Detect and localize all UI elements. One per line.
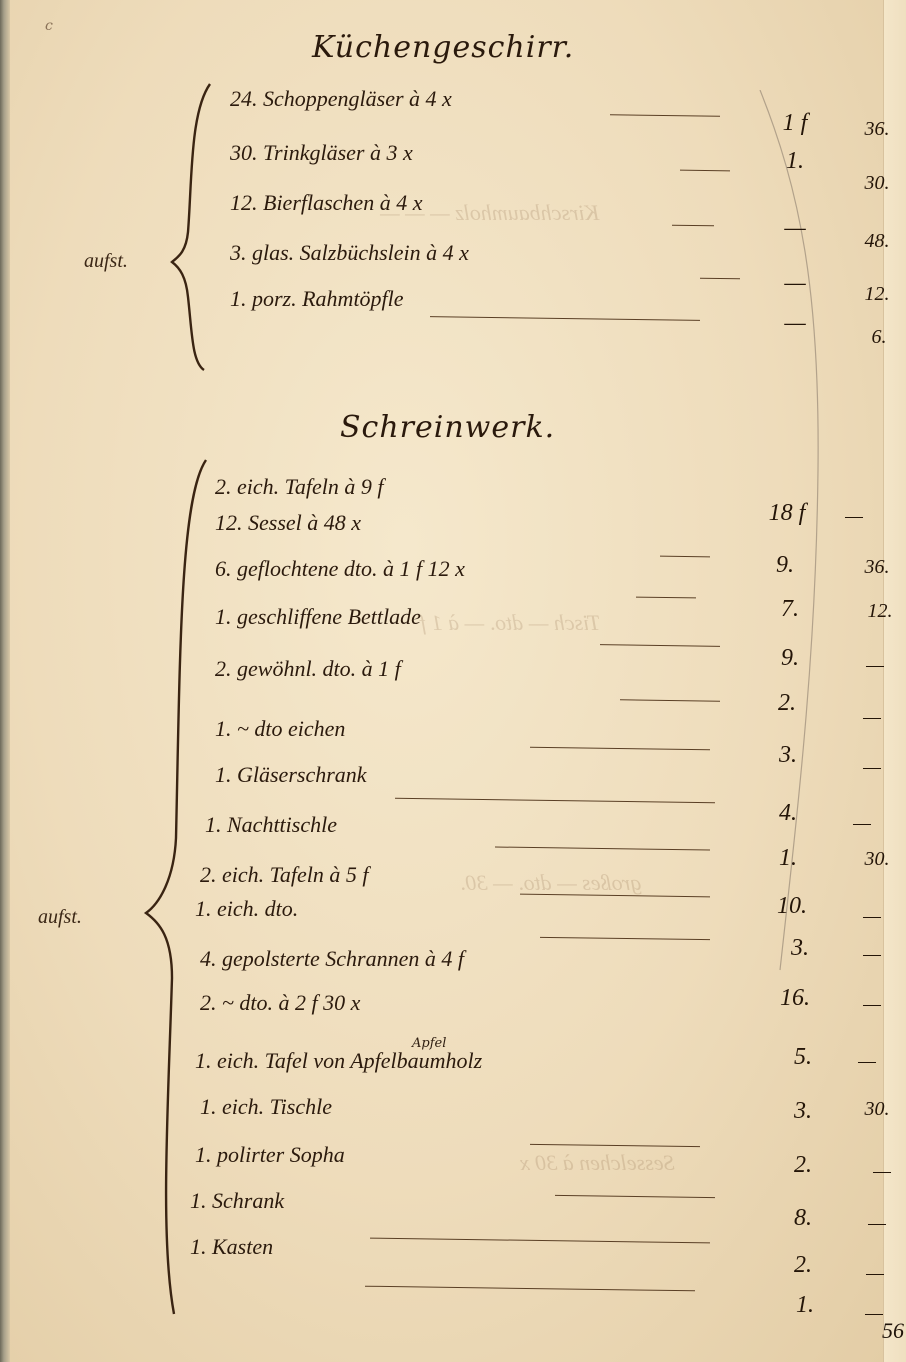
- amount-kreuzer: —: [845, 1050, 889, 1073]
- amount-gulden: 5.: [778, 1044, 828, 1071]
- list-item: 6. geflochtene dto. à 1 f 12 x: [215, 556, 465, 582]
- list-item: 1. eich. dto.: [195, 896, 298, 922]
- list-item-corrected: 1. eich. Tafel von Apfelbaumholz: [195, 1048, 482, 1074]
- list-item: 12. Bierflaschen à 4 x: [230, 190, 422, 216]
- amount-kreuzer: 30.: [855, 172, 899, 195]
- amount-gulden: 9.: [765, 645, 815, 672]
- amount-gulden: 1.: [780, 1292, 830, 1319]
- list-item: 12. Sessel à 48 x: [215, 510, 361, 536]
- amount-kreuzer: 12.: [858, 600, 902, 623]
- amount-kreuzer: —: [850, 905, 894, 928]
- amount-kreuzer: —: [853, 1262, 897, 1285]
- amount-gulden: 2.: [778, 1152, 828, 1179]
- amount-gulden: 10.: [767, 893, 817, 920]
- amount-kreuzer: —: [850, 993, 894, 1016]
- amount-gulden: 9.: [760, 552, 810, 579]
- amount-kreuzer: —: [832, 505, 876, 528]
- list-item: 1. Schrank: [190, 1188, 284, 1214]
- margin-note-aufst-1: aufst.: [84, 250, 128, 273]
- bleed-through-text: Sesselchen à 30 x: [520, 1150, 675, 1176]
- amount-kreuzer: 30.: [855, 848, 899, 871]
- list-item: 2. eich. Tafeln à 9 f: [215, 474, 383, 500]
- bleed-through-text: großes — dto. — 30.: [460, 870, 641, 896]
- section-heading-schreinwerk: Schreinwerk.: [340, 410, 555, 445]
- list-item: 1. geschliffene Bettlade: [215, 604, 421, 630]
- amount-kreuzer: —: [855, 1212, 899, 1235]
- amount-gulden: —: [770, 215, 820, 242]
- amount-gulden: 8.: [778, 1205, 828, 1232]
- list-item: 1. Gläserschrank: [215, 762, 367, 788]
- list-item: 3. glas. Salzbüchslein à 4 x: [230, 240, 469, 266]
- list-item: 30. Trinkgläser à 3 x: [230, 140, 413, 166]
- page-number: 56: [882, 1318, 904, 1344]
- amount-kreuzer: 12.: [855, 283, 899, 306]
- underlying-page-edge: [883, 0, 906, 1362]
- amount-gulden: 3.: [763, 742, 813, 769]
- amount-gulden: 3.: [778, 1098, 828, 1125]
- section-heading-kuechengeschirr: Küchengeschirr.: [312, 30, 574, 65]
- list-item: 24. Schoppengläser à 4 x: [230, 86, 452, 112]
- amount-kreuzer: —: [860, 1160, 904, 1183]
- amount-gulden: 2.: [778, 1252, 828, 1279]
- list-item: 2. gewöhnl. dto. à 1 f: [215, 656, 401, 682]
- list-item: 1. porz. Rahmtöpfle: [230, 286, 404, 312]
- amount-kreuzer: —: [850, 943, 894, 966]
- amount-gulden: 1 f: [770, 110, 820, 137]
- amount-kreuzer: 6.: [857, 326, 901, 349]
- amount-gulden: 18 f: [762, 500, 812, 527]
- list-item: 1. Kasten: [190, 1234, 273, 1260]
- amount-gulden: —: [770, 310, 820, 337]
- corner-mark: c: [45, 18, 53, 34]
- list-item: 2. eich. Tafeln à 5 f: [200, 862, 368, 888]
- amount-gulden: 1.: [770, 148, 820, 175]
- list-item: 2. ~ dto. à 2 f 30 x: [200, 990, 360, 1016]
- list-item: 1. ~ dto eichen: [215, 716, 345, 742]
- brace-section-1: [170, 82, 220, 372]
- amount-gulden: 1.: [763, 845, 813, 872]
- book-spine-edge: [0, 0, 10, 1362]
- amount-gulden: 16.: [770, 985, 820, 1012]
- bleed-through-text: Tisch — dto. — à 1 f: [420, 610, 600, 636]
- amount-gulden: 2.: [762, 690, 812, 717]
- list-item: 4. gepolsterte Schrannen à 4 f: [200, 946, 464, 972]
- amount-kreuzer: 36.: [855, 118, 899, 141]
- list-item: 1. polirter Sopha: [195, 1142, 345, 1168]
- amount-gulden: 7.: [765, 596, 815, 623]
- insertion-above: Apfel: [412, 1036, 446, 1051]
- margin-note-aufst-2: aufst.: [38, 906, 82, 929]
- list-item: 1. Nachttischle: [205, 812, 337, 838]
- amount-kreuzer: —: [850, 706, 894, 729]
- amount-gulden: 3.: [775, 935, 825, 962]
- amount-gulden: —: [770, 270, 820, 297]
- item-text: 1. eich. Tafel von Apfelbaumholz: [195, 1048, 482, 1073]
- amount-kreuzer: —: [853, 654, 897, 677]
- amount-kreuzer: 36.: [855, 556, 899, 579]
- amount-kreuzer: 48.: [855, 230, 899, 253]
- amount-kreuzer: —: [840, 812, 884, 835]
- amount-gulden: 4.: [763, 800, 813, 827]
- amount-kreuzer: —: [850, 756, 894, 779]
- list-item: 1. eich. Tischle: [200, 1094, 332, 1120]
- amount-kreuzer: 30.: [855, 1098, 899, 1121]
